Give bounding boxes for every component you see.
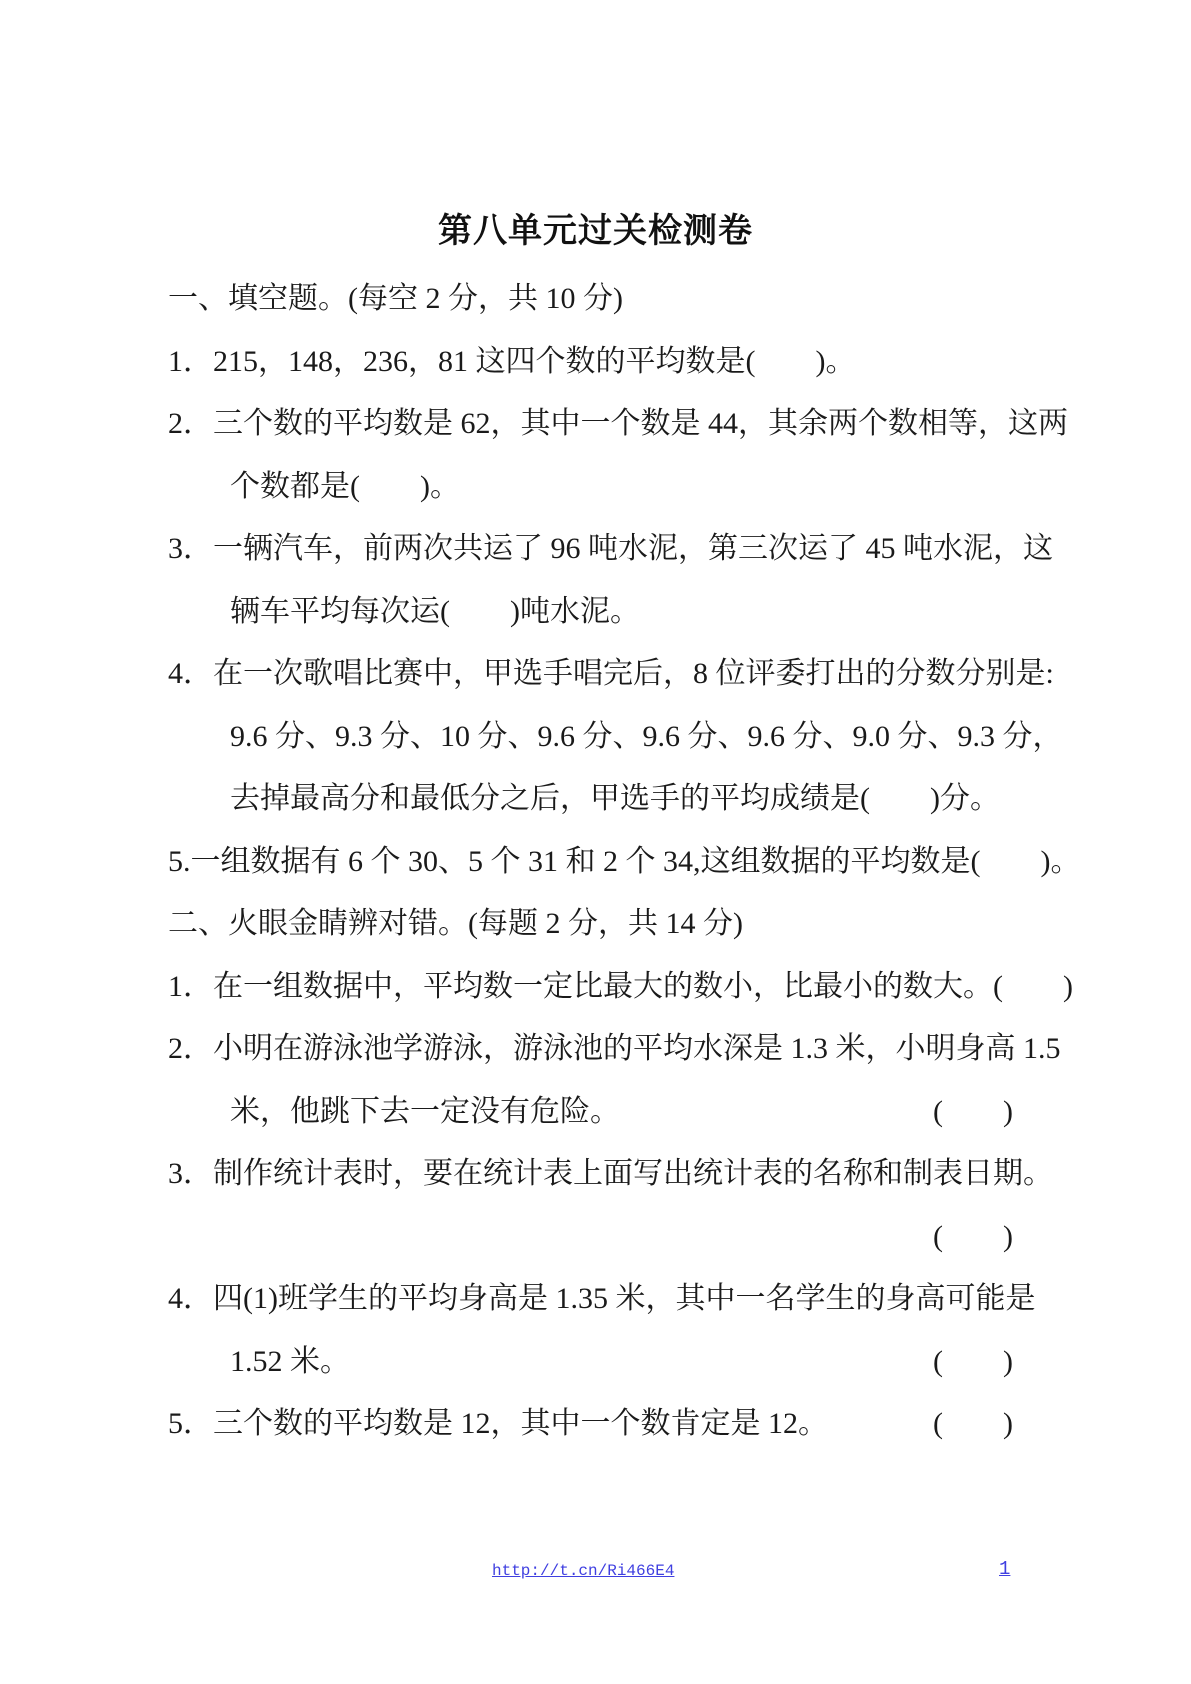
- line-text: 1.52 米。: [230, 1343, 350, 1381]
- question-line: 5．三个数的平均数是 12，其中一个数肯定是 12。( ): [168, 1405, 1013, 1443]
- question-line-continued: 1.52 米。( ): [168, 1343, 1013, 1381]
- line-text: 辆车平均每次运( )吨水泥。: [230, 595, 640, 628]
- question-line: 3．制作统计表时，要在统计表上面写出统计表的名称和制表日期。: [168, 1155, 1013, 1193]
- page-number[interactable]: 1: [999, 1558, 1010, 1580]
- footer-link[interactable]: http://t.cn/Ri466E4: [492, 1562, 674, 1580]
- question-line-continued: 9.6 分、9.3 分、10 分、9.6 分、9.6 分、9.6 分、9.0 分…: [168, 718, 1013, 756]
- answer-blank-parens: ( ): [933, 1093, 1013, 1131]
- question-line: ( ): [168, 1218, 1013, 1256]
- line-text: 4．在一次歌唱比赛中，甲选手唱完后，8 位评委打出的分数分别是:: [168, 657, 1054, 690]
- question-line-continued: 辆车平均每次运( )吨水泥。: [168, 593, 1013, 631]
- answer-blank-parens: ( ): [993, 968, 1073, 1006]
- page-title: 第八单元过关检测卷: [0, 211, 1191, 251]
- question-line: 4．在一次歌唱比赛中，甲选手唱完后，8 位评委打出的分数分别是:: [168, 655, 1013, 693]
- line-text: 一、填空题。(每空 2 分，共 10 分): [168, 282, 623, 315]
- section-heading: 一、填空题。(每空 2 分，共 10 分): [168, 280, 1013, 318]
- question-line: 2．小明在游泳池学游泳，游泳池的平均水深是 1.3 米，小明身高 1.5: [168, 1030, 1013, 1068]
- answer-blank-parens: ( ): [933, 1405, 1013, 1443]
- line-text: 1．215，148，236，81 这四个数的平均数是( )。: [168, 345, 855, 378]
- question-line: 3．一辆汽车，前两次共运了 96 吨水泥，第三次运了 45 吨水泥，这: [168, 530, 1013, 568]
- test-paper-page: 第八单元过关检测卷 一、填空题。(每空 2 分，共 10 分)1．215，148…: [0, 0, 1191, 1684]
- answer-blank-parens: ( ): [933, 1343, 1013, 1381]
- question-line-continued: 米，他跳下去一定没有危险。( ): [168, 1093, 1013, 1131]
- line-text: 4．四(1)班学生的平均身高是 1.35 米，其中一名学生的身高可能是: [168, 1282, 1035, 1315]
- line-text: 3．一辆汽车，前两次共运了 96 吨水泥，第三次运了 45 吨水泥，这: [168, 532, 1053, 565]
- line-text: 去掉最高分和最低分之后，甲选手的平均成绩是( )分。: [230, 782, 1000, 815]
- question-line: 4．四(1)班学生的平均身高是 1.35 米，其中一名学生的身高可能是: [168, 1280, 1013, 1318]
- line-text: 二、火眼金睛辨对错。(每题 2 分，共 14 分): [168, 907, 743, 940]
- question-line: 5.一组数据有 6 个 30、5 个 31 和 2 个 34,这组数据的平均数是…: [168, 843, 1013, 881]
- line-text: 5.一组数据有 6 个 30、5 个 31 和 2 个 34,这组数据的平均数是…: [168, 845, 1080, 878]
- question-line: 1．在一组数据中，平均数一定比最大的数小，比最小的数大。( ): [168, 968, 1013, 1006]
- line-text: 2．三个数的平均数是 62，其中一个数是 44，其余两个数相等，这两: [168, 407, 1068, 440]
- answer-blank-parens: ( ): [933, 1218, 1013, 1256]
- line-text: 5．三个数的平均数是 12，其中一个数肯定是 12。: [168, 1405, 828, 1443]
- line-text: 个数都是( )。: [230, 470, 460, 503]
- question-line-continued: 个数都是( )。: [168, 468, 1013, 506]
- line-text: 3．制作统计表时，要在统计表上面写出统计表的名称和制表日期。: [168, 1157, 1053, 1190]
- question-line: 2．三个数的平均数是 62，其中一个数是 44，其余两个数相等，这两: [168, 405, 1013, 443]
- section-heading: 二、火眼金睛辨对错。(每题 2 分，共 14 分): [168, 905, 1013, 943]
- line-text: 米，他跳下去一定没有危险。: [230, 1093, 620, 1131]
- line-text: 9.6 分、9.3 分、10 分、9.6 分、9.6 分、9.6 分、9.0 分…: [230, 720, 1063, 753]
- question-line-continued: 去掉最高分和最低分之后，甲选手的平均成绩是( )分。: [168, 780, 1013, 818]
- line-text: 1．在一组数据中，平均数一定比最大的数小，比最小的数大。: [168, 968, 993, 1006]
- question-line: 1．215，148，236，81 这四个数的平均数是( )。: [168, 343, 1013, 381]
- line-text: 2．小明在游泳池学游泳，游泳池的平均水深是 1.3 米，小明身高 1.5: [168, 1032, 1061, 1065]
